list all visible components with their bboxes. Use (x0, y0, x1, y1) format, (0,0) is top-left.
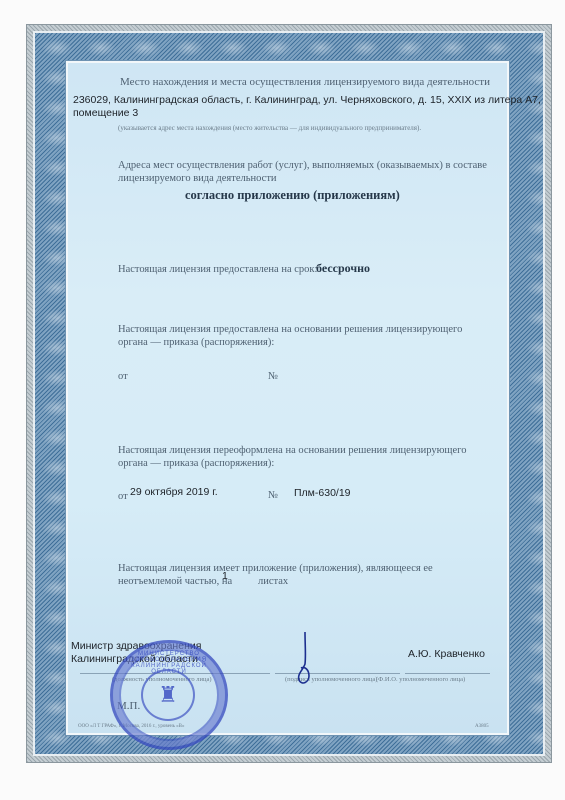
reissued-number: Плм-630/19 (294, 487, 351, 500)
appendix-label-1: Настоящая лицензия имеет приложение (при… (118, 562, 433, 575)
coat-of-arms-icon: ♜ (141, 669, 195, 721)
granted-basis-label-2: органа — приказа (распоряжения): (118, 336, 274, 349)
work-addresses-label-2: лицензируемого вида деятельности (118, 172, 277, 185)
granted-number-label: № (268, 370, 278, 383)
granted-date-label: от (118, 370, 128, 383)
caption-name: (Ф.И.О. уполномоченного лица) (376, 676, 465, 683)
address-line-1: 236029, Калининградская область, г. Кали… (73, 94, 541, 107)
reissued-date-label: от (118, 490, 128, 503)
signature-mark (285, 630, 325, 690)
reissued-basis-label-1: Настоящая лицензия переоформлена на осно… (118, 444, 466, 457)
appendix-label-2-prefix: неотъемлемой частью, на (118, 575, 232, 588)
location-heading: Место нахождения и места осуществления л… (120, 76, 490, 89)
reissued-number-label: № (268, 489, 278, 502)
term-label: Настоящая лицензия предоставлена на срок… (118, 263, 317, 276)
granted-basis-label-1: Настоящая лицензия предоставлена на осно… (118, 323, 462, 336)
work-addresses-value: согласно приложению (приложениям) (185, 188, 400, 203)
official-seal: МИНИСТЕРСТВО ЗДРАВООХРАНЕНИЯ КАЛИНИНГРАД… (110, 640, 228, 750)
appendix-label-2-suffix: листах (258, 575, 288, 588)
form-code: А3805 (475, 724, 489, 729)
appendix-sheets: 1 (222, 570, 228, 583)
address-line-2: помещение 3 (73, 107, 138, 120)
reissued-basis-label-2: органа — приказа (распоряжения): (118, 457, 274, 470)
reissued-date: 29 октября 2019 г. (130, 486, 218, 499)
name-rule (405, 673, 490, 674)
work-addresses-label-1: Адреса мест осуществления работ (услуг),… (118, 159, 487, 172)
signer-name: А.Ю. Кравченко (408, 648, 485, 661)
address-note: (указывается адрес места нахождения (мес… (118, 124, 421, 132)
term-value: бессрочно (316, 261, 370, 276)
